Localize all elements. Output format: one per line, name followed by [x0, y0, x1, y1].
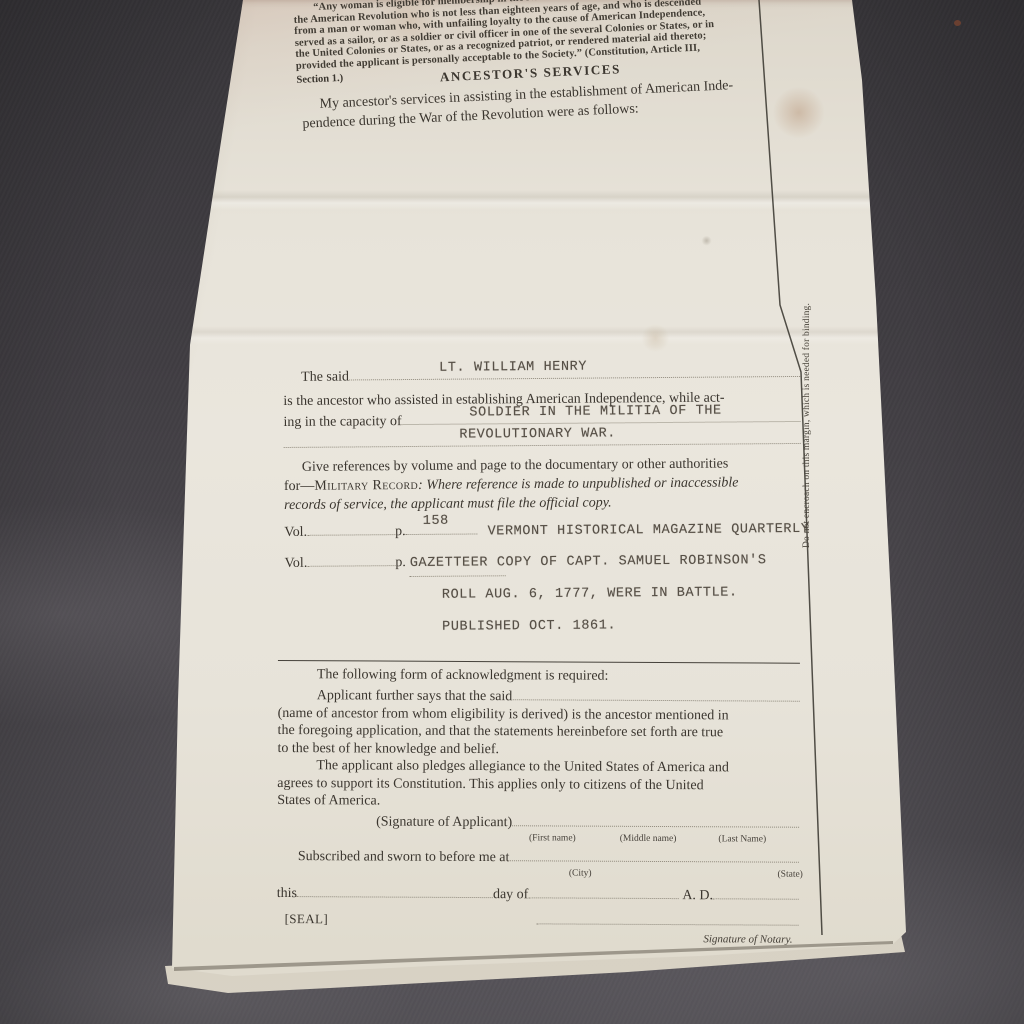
- ack-line-1: The following form of acknowledgment is …: [278, 666, 800, 686]
- capacity-label: ing in the capacity of: [283, 412, 401, 433]
- military-record-label: Military Record: [314, 478, 418, 494]
- vol-field: [307, 551, 395, 567]
- page-value: 158: [423, 510, 449, 534]
- name-part-labels: (First name) (Middle name) (Last Name): [277, 830, 799, 845]
- seal-notary-row: [SEAL]: [277, 907, 799, 931]
- signature-applicant-field: [512, 811, 799, 828]
- city-state-labels: (City) (State): [277, 865, 799, 880]
- reference-2-cont-1: ROLL AUG. 6, 1777, WERE IN BATTLE.: [442, 581, 802, 608]
- day-field: [297, 882, 493, 898]
- month-field: [528, 883, 678, 899]
- ack-line-6: The applicant also pledges allegiance to…: [277, 757, 799, 777]
- capacity-field-2: REVOLUTIONARY WAR.: [284, 429, 801, 448]
- capacity-field: SOLDIER IN THE MILITIA OF THE: [402, 407, 801, 425]
- capacity-line-2: REVOLUTIONARY WAR.: [284, 429, 801, 448]
- reference-1-text: VERMONT HISTORICAL MAGAZINE QUARTERLY: [487, 518, 809, 545]
- capacity-value-2: REVOLUTIONARY WAR.: [459, 424, 616, 445]
- photo-scene: “Any woman is eligible for membership in…: [0, 0, 1024, 1024]
- page-label: p.: [395, 551, 406, 575]
- notary-label: Signature of Notary.: [276, 928, 798, 947]
- vol-field: [307, 520, 395, 536]
- notary-signature-field: [537, 909, 799, 925]
- vol-label: Vol.: [284, 521, 307, 545]
- middle-name-label: (Middle name): [620, 832, 677, 844]
- this-label: this: [277, 883, 297, 903]
- references-line2: for—Military Record: Where reference is …: [284, 473, 801, 496]
- binding-margin-note: Do not encroach on this margin, which is…: [802, 266, 812, 548]
- the-said-label: The said: [283, 367, 349, 388]
- page-label: p.: [395, 520, 406, 544]
- first-name-label: (First name): [529, 832, 576, 844]
- references-note-2: records of service, the applicant must f…: [284, 492, 801, 515]
- state-label: (State): [778, 868, 803, 880]
- seal-label: [SEAL]: [277, 908, 537, 929]
- capacity-value-1: SOLDIER IN THE MILITIA OF THE: [469, 402, 721, 424]
- reference-entry-row-1: Vol. p. 158 VERMONT HISTORICAL MAGAZINE …: [284, 517, 801, 546]
- signature-applicant-row: (Signature of Applicant): [277, 809, 799, 833]
- signature-applicant-label: (Signature of Applicant): [376, 812, 512, 832]
- ancestor-name-field: LT. WILLIAM HENRY: [349, 362, 800, 381]
- day-of-label: day of: [493, 885, 528, 905]
- ancestor-name-value: LT. WILLIAM HENRY: [439, 358, 587, 379]
- sworn-label: Subscribed and sworn to before me at: [298, 847, 510, 867]
- sworn-row: Subscribed and sworn to before me at: [277, 844, 799, 868]
- ad-label: A. D.: [678, 886, 713, 906]
- last-name-label: (Last Name): [718, 833, 766, 845]
- references-note-1: : Where reference is made to unpublished…: [418, 475, 738, 493]
- page-field: 158: [405, 519, 477, 535]
- reference-2-text: GAZETTEER COPY OF CAPT. SAMUEL ROBINSON'…: [410, 549, 767, 576]
- year-field: [713, 884, 799, 899]
- section-divider-rule: [278, 660, 800, 664]
- city-label: (City): [569, 867, 592, 879]
- date-row: this day of A. D.: [277, 881, 799, 906]
- ancestor-statement-block: The said LT. WILLIAM HENRY is the ancest…: [283, 356, 802, 641]
- acknowledgment-block: The following form of acknowledgment is …: [276, 650, 800, 947]
- ack-line-4: the foregoing application, and that the …: [278, 722, 800, 742]
- reference-2-cont-2: PUBLISHED OCT. 1861.: [442, 613, 802, 640]
- eligibility-clause-block: “Any woman is eligible for membership in…: [293, 0, 766, 133]
- applicant-says-label: Applicant further says that the said: [317, 686, 513, 706]
- reference-2-value: GAZETTEER COPY OF CAPT. SAMUEL ROBINSON'…: [410, 553, 767, 571]
- ack-line-8: States of America.: [277, 792, 799, 812]
- ancestor-name-blank: [512, 685, 800, 702]
- reference-entry-row-2: Vol. p. GAZETTEER COPY OF CAPT. SAMUEL R…: [285, 548, 802, 577]
- page-dotted-line: [410, 575, 506, 577]
- the-said-line: The said LT. WILLIAM HENRY: [283, 362, 800, 388]
- sworn-place-field: [509, 846, 799, 863]
- vol-label: Vol.: [285, 552, 308, 576]
- for-prefix: for—: [284, 479, 314, 494]
- applicant-says-line: Applicant further says that the said: [278, 683, 800, 707]
